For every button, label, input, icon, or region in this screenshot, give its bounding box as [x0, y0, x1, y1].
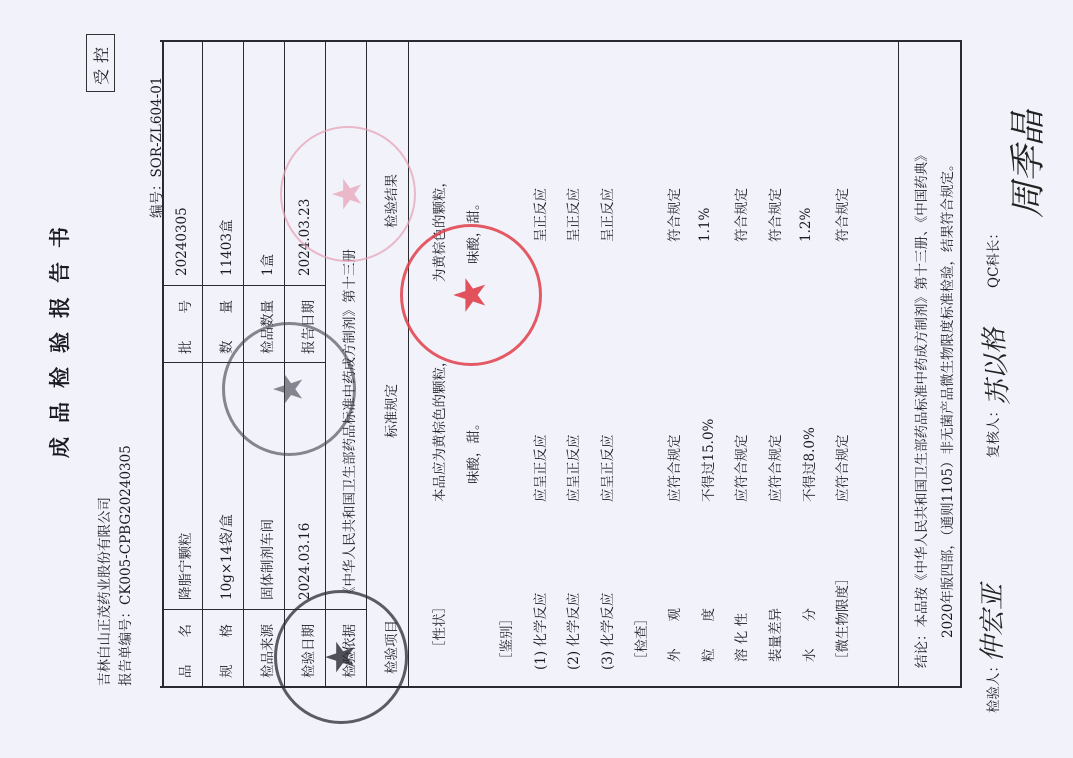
- conclusion-line-1: 结论：本品按《中华人民共和国卫生部药品标准中药成方制剂》第十三册、《中国药典》: [910, 148, 930, 668]
- result-item: ［检查］: [630, 612, 650, 666]
- result-item: 外 观: [663, 608, 683, 662]
- result-standard: 应呈正反应: [596, 435, 616, 503]
- qc-signature: 周季晶: [1000, 110, 1051, 218]
- result-value: 符合规定: [831, 188, 851, 242]
- result-item: 装量差异: [764, 608, 784, 662]
- value-source: 固体制剂车间: [256, 519, 276, 600]
- star-icon: ★: [321, 639, 361, 675]
- result-item: 溶 化 性: [730, 613, 750, 662]
- col-header-standard: 标准规定: [380, 384, 400, 438]
- result-standard: 本品应为黄棕色的颗粒，: [428, 354, 448, 503]
- result-standard: 应符合规定: [663, 435, 683, 503]
- value-batch-number: 20240305: [174, 207, 190, 276]
- label-quantity: 数 量: [215, 300, 235, 354]
- value-inspection-date: 2024.03.16: [297, 523, 313, 600]
- report-number-value: CK005-CPBG20240305: [118, 445, 134, 605]
- result-standard: 应呈正反应: [529, 435, 549, 503]
- result-item: ［鉴别］: [495, 612, 515, 666]
- result-standard: 不得过15.0%: [697, 419, 717, 502]
- value-quantity: 11403盒: [215, 220, 235, 276]
- qc-dept-stamp: ★: [274, 590, 408, 724]
- star-icon: ★: [328, 176, 368, 212]
- result-value: 呈正反应: [529, 188, 549, 242]
- result-standard: 应呈正反应: [562, 435, 582, 503]
- report-number-label: 报告单编号：: [118, 605, 134, 686]
- result-value: 符合规定: [764, 188, 784, 242]
- star-icon: ★: [269, 371, 309, 407]
- value-sample-quantity: 1盒: [256, 254, 276, 276]
- result-standard: 不得过8.0%: [798, 427, 818, 502]
- label-batch-number: 批 号: [174, 300, 194, 354]
- reviewer-signature: 苏以格: [973, 327, 1015, 407]
- result-value: 呈正反应: [562, 188, 582, 242]
- report-number: 报告单编号：CK005-CPBG20240305: [114, 445, 134, 686]
- result-item: 水 分: [798, 608, 818, 662]
- pink-qm-stamp: ★: [280, 126, 416, 262]
- result-item: (2) 化学反应: [562, 593, 582, 670]
- qc-label: QC科长：: [982, 226, 1002, 288]
- result-value: 呈正反应: [596, 188, 616, 242]
- lab-stamp: ★: [222, 322, 356, 456]
- value-product-name: 降脂宁颗粒: [174, 533, 194, 601]
- result-value: 1.2%: [798, 208, 814, 242]
- value-spec: 10g×14袋/盒: [215, 514, 235, 600]
- label-spec: 规 格: [215, 624, 235, 678]
- result-item: (1) 化学反应: [529, 593, 549, 670]
- result-item: (3) 化学反应: [596, 593, 616, 670]
- report-page: 成品检验报告书 吉林白山正茂药业股份有限公司 报告单编号：CK005-CPBG2…: [0, 0, 1073, 758]
- label-product-name: 品 名: [174, 624, 194, 678]
- red-qc-stamp: ★: [400, 224, 542, 366]
- result-item: ［微生物限度］: [831, 572, 851, 667]
- label-source: 检品来源: [256, 624, 276, 678]
- star-icon: ★: [449, 275, 493, 314]
- inspector-signature: 仲宏亚: [972, 584, 1009, 662]
- result-standard: 应符合规定: [831, 435, 851, 503]
- reviewer-label: 复核人：: [982, 404, 1002, 458]
- result-item: 粒 度: [697, 608, 717, 662]
- result-item: ［性状］: [428, 600, 448, 654]
- result-value: 符合规定: [730, 188, 750, 242]
- result-value: 符合规定: [663, 188, 683, 242]
- company-name: 吉林白山正茂药业股份有限公司: [93, 497, 113, 686]
- controlled-stamp: 受控: [86, 34, 115, 92]
- inspector-label: 检验人：: [982, 659, 1002, 713]
- result-standard: 应符合规定: [764, 435, 784, 503]
- result-standard: 应符合规定: [730, 435, 750, 503]
- result-value: 1.1%: [697, 208, 713, 242]
- conclusion-line-2: 2020年版四部，（通则1105）非无菌产品微生物限度标准检验，结果符合规定。: [936, 158, 956, 638]
- result-standard: 味酸，甜。: [462, 417, 482, 485]
- page-title: 成品检验报告书: [44, 213, 74, 458]
